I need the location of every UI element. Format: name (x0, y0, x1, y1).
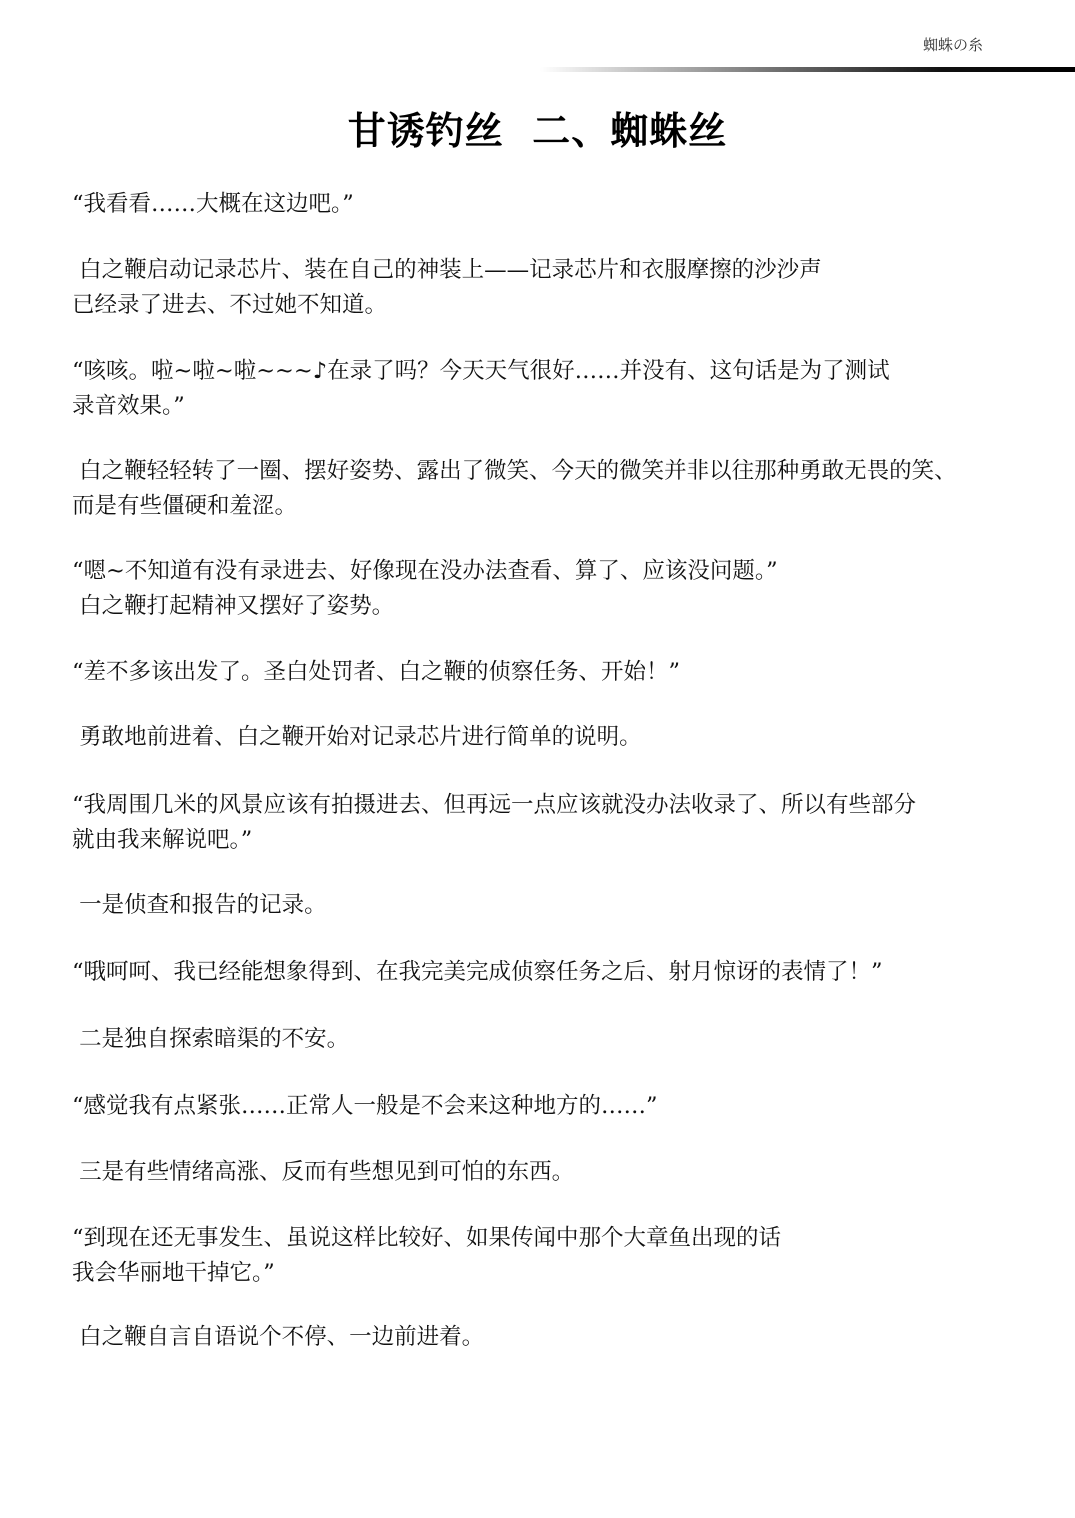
text-line: “咳咳。啦~啦~啦~~~♪在录了吗？今天天气很好……并没有、这句话是为了测试 (72, 354, 1075, 389)
paragraph-3: “咳咳。啦~啦~啦~~~♪在录了吗？今天天气很好……并没有、这句话是为了测试 录… (72, 354, 1075, 424)
paragraph-2: 白之鞭启动记录芯片、装在自己的神装上——记录芯片和衣服摩擦的沙沙声 已经录了进去… (72, 253, 1075, 323)
text-line: 白之鞭轻轻转了一圈、摆好姿势、露出了微笑、今天的微笑并非以往那种勇敢无畏的笑、 (72, 454, 1075, 489)
paragraph-9: 一是侦查和报告的记录。 (72, 888, 1075, 923)
text-line: “哦呵呵、我已经能想象得到、在我完美完成侦察任务之后、射月惊讶的表情了！” (72, 955, 1075, 990)
text-line: 白之鞭打起精神又摆好了姿势。 (72, 589, 1075, 624)
paragraph-7: 勇敢地前进着、白之鞭开始对记录芯片进行简单的说明。 (72, 720, 1075, 755)
text-line: “到现在还无事发生、虽说这样比较好、如果传闻中那个大章鱼出现的话 (72, 1221, 1075, 1256)
paragraph-14: “到现在还无事发生、虽说这样比较好、如果传闻中那个大章鱼出现的话 我会华丽地干掉… (72, 1221, 1075, 1291)
paragraph-1: “我看看……大概在这边吧。” (72, 187, 1075, 222)
text-line: “感觉我有点紧张……正常人一般是不会来这种地方的……” (72, 1089, 1075, 1124)
paragraph-12: “感觉我有点紧张……正常人一般是不会来这种地方的……” (72, 1089, 1075, 1124)
text-line: 录音效果。” (72, 389, 1075, 424)
text-line: 三是有些情绪高涨、反而有些想见到可怕的东西。 (72, 1155, 1075, 1190)
paragraph-5: “嗯~不知道有没有录进去、好像现在没办法查看、算了、应该没问题。” 白之鞭打起精… (72, 554, 1075, 624)
text-line: 已经录了进去、不过她不知道。 (72, 288, 1075, 323)
text-line: 二是独自探索暗渠的不安。 (72, 1022, 1075, 1057)
text-line: 我会华丽地干掉它。” (72, 1256, 1075, 1291)
header-gradient-rule (540, 67, 1075, 72)
paragraph-11: 二是独自探索暗渠的不安。 (72, 1022, 1075, 1057)
text-line: 一是侦查和报告的记录。 (72, 888, 1075, 923)
text-line: 就由我来解说吧。” (72, 823, 1075, 858)
text-line: “我周围几米的风景应该有拍摄进去、但再远一点应该就没办法收录了、所以有些部分 (72, 788, 1075, 823)
paragraph-4: 白之鞭轻轻转了一圈、摆好姿势、露出了微笑、今天的微笑并非以往那种勇敢无畏的笑、 … (72, 454, 1075, 524)
text-line: 而是有些僵硬和羞涩。 (72, 489, 1075, 524)
text-line: 白之鞭自言自语说个不停、一边前进着。 (72, 1320, 1075, 1355)
paragraph-6: “差不多该出发了。圣白处罚者、白之鞭的侦察任务、开始！” (72, 655, 1075, 690)
paragraph-13: 三是有些情绪高涨、反而有些想见到可怕的东西。 (72, 1155, 1075, 1190)
text-line: 勇敢地前进着、白之鞭开始对记录芯片进行简单的说明。 (72, 720, 1075, 755)
text-line: “我看看……大概在这边吧。” (72, 187, 1075, 222)
paragraph-15: 白之鞭自言自语说个不停、一边前进着。 (72, 1320, 1075, 1355)
text-line: “嗯~不知道有没有录进去、好像现在没办法查看、算了、应该没问题。” (72, 554, 1075, 589)
paragraph-10: “哦呵呵、我已经能想象得到、在我完美完成侦察任务之后、射月惊讶的表情了！” (72, 955, 1075, 990)
text-line: 白之鞭启动记录芯片、装在自己的神装上——记录芯片和衣服摩擦的沙沙声 (72, 253, 1075, 288)
chapter-title: 甘诱钓丝 二、蜘蛛丝 (0, 100, 1075, 155)
paragraph-8: “我周围几米的风景应该有拍摄进去、但再远一点应该就没办法收录了、所以有些部分 就… (72, 788, 1075, 858)
text-line: “差不多该出发了。圣白处罚者、白之鞭的侦察任务、开始！” (72, 655, 1075, 690)
running-header: 蜘蛛の糸 (923, 34, 983, 55)
